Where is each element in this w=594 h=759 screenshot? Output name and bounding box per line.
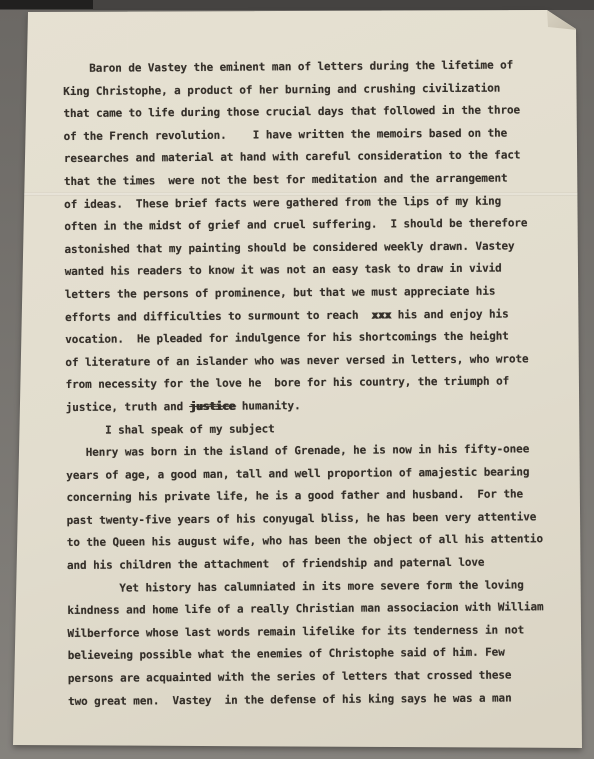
text-segment: King Christophe, a product of her burnin… xyxy=(63,81,500,97)
text-segment: that came to life during those crucial d… xyxy=(63,104,520,121)
text-segment: researches and material at hand with car… xyxy=(64,149,521,166)
typewritten-page: Baron de Vastey the eminent man of lette… xyxy=(0,0,594,759)
folded-corner xyxy=(540,8,586,36)
text-line: often in the midst of grief and cruel su… xyxy=(64,212,540,238)
text-segment: past twenty-five years of his conyugal b… xyxy=(67,510,537,527)
text-segment: astonished that my painting should be co… xyxy=(64,239,514,256)
text-line: and his children the attachment of frien… xyxy=(67,551,543,577)
typewritten-text: Baron de Vastey the eminent man of lette… xyxy=(63,54,544,713)
text-segment: humanity. xyxy=(235,399,300,413)
text-segment: Baron de Vastey the eminent man of lette… xyxy=(63,58,513,75)
text-line: letters the persons of prominence, but t… xyxy=(65,280,541,306)
text-segment: years of age, a good man, tall and well … xyxy=(66,465,529,482)
scanned-document-view: Baron de Vastey the eminent man of lette… xyxy=(0,0,594,759)
text-segment: and his children the attachment of frien… xyxy=(67,556,485,572)
text-segment: justice, truth and xyxy=(66,400,190,414)
text-segment: wanted his readers to know it was not an… xyxy=(65,262,502,278)
text-segment: letters the persons of prominence, but t… xyxy=(65,285,496,301)
text-segment: I shal speak of my subject xyxy=(66,422,275,437)
text-segment: efforts and difficulties to surmount to … xyxy=(65,308,372,323)
text-segment: his and enjoy his xyxy=(391,307,509,321)
text-line: persons are acquainted with the series o… xyxy=(68,664,544,690)
text-segment: of ideas. These brief facts were gathere… xyxy=(64,194,501,210)
text-segment: Yet history has calumniated in its more … xyxy=(67,578,524,595)
text-segment: believeing possible what the enemies of … xyxy=(68,646,505,662)
text-segment: of the French revolution. I have written… xyxy=(64,126,508,142)
text-line: two great men. Vastey in the defense of … xyxy=(68,687,544,713)
text-segment: Wilberforce whose last words remain life… xyxy=(67,623,524,640)
text-segment: Henry was born in the island of Grenade,… xyxy=(66,442,529,459)
text-segment: that the times were not the best for med… xyxy=(64,171,508,187)
text-segment: concerning his private life, he is a goo… xyxy=(66,488,523,505)
paper-shadow: Baron de Vastey the eminent man of lette… xyxy=(0,0,594,759)
text-line: Henry was born in the island of Grenade,… xyxy=(66,438,542,464)
text-line: from necessity for the love he bore for … xyxy=(65,371,541,397)
text-segment: of literature of an islander who was nev… xyxy=(65,352,528,369)
text-line: Baron de Vastey the eminent man of lette… xyxy=(63,54,539,80)
text-segment: often in the midst of grief and cruel su… xyxy=(64,217,527,234)
text-segment: persons are acquainted with the series o… xyxy=(68,669,512,685)
text-segment: to the Queen his august wife, who has be… xyxy=(67,533,543,550)
text-line: that the times were not the best for med… xyxy=(64,167,540,193)
overstruck-text: xxx xyxy=(372,308,392,321)
text-line: vocation. He pleaded for indulgence for … xyxy=(65,325,541,351)
text-segment: kindness and home life of a really Chris… xyxy=(67,600,543,617)
text-segment: from necessity for the love he bore for … xyxy=(66,375,510,391)
text-segment: two great men. Vastey in the defense of … xyxy=(68,691,512,707)
text-segment: vocation. He pleaded for indulgence for … xyxy=(65,330,509,346)
struck-out-word: justice xyxy=(190,400,236,413)
